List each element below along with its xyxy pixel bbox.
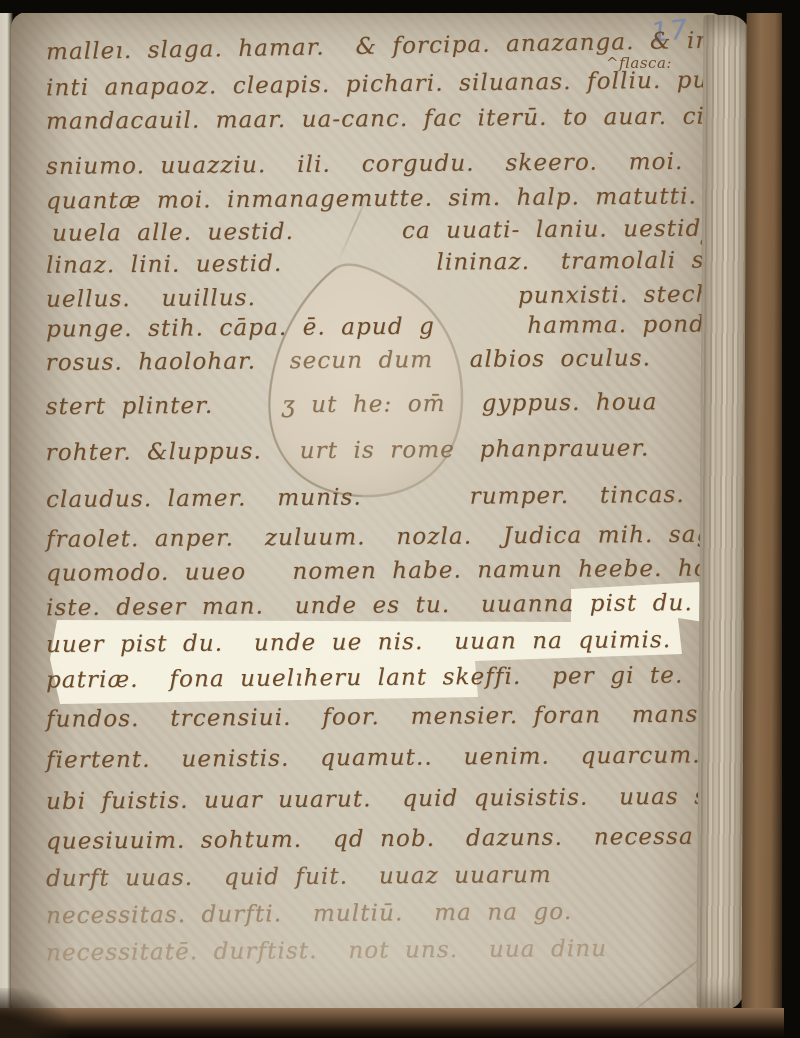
background-bottom-left-corner — [0, 988, 70, 1038]
manuscript-line-15: quomodo. uueo nomen habe. namun heebe. h… — [46, 555, 747, 587]
background-right — [782, 0, 800, 1038]
manuscript-line-24: necessitas. durfti. multiū. ma na go. — [46, 899, 572, 929]
line-11-left: stert plinter. — [46, 393, 214, 420]
manuscript-line-5: quantæ moi. inmanagemutte. sim. halp. ma… — [46, 183, 697, 214]
manuscript-line-19: fundos. trcensiui. foor. mensier. foran … — [46, 701, 747, 733]
line-12-left: rohter. &luppus. — [46, 438, 262, 466]
line-10-through-hole: secun dum — [290, 347, 434, 374]
manuscript-line-8: uellus. uuillus. punxisti. stechhi. — [46, 281, 745, 312]
background-top — [0, 0, 800, 13]
book-bottom-cover — [0, 1008, 784, 1038]
manuscript-line-25: necessitatē. durftist. not uns. uua dinu — [46, 936, 607, 966]
line-12-right: phanprauuer. — [480, 435, 650, 462]
line-11-right: gyppus. houa — [482, 389, 658, 416]
book-fore-edge — [741, 8, 787, 1024]
manuscript-line-7: linaz. lini. uestid. lininaz. tramolali … — [46, 247, 735, 278]
line-12-through-hole: urt is rome — [300, 437, 455, 464]
manuscript-line-18: patriæ. fona uuelıheru lant skeffi. per … — [46, 662, 684, 693]
line-11-through-hole: ʒ ut he: om̄ — [282, 391, 446, 418]
manuscript-line-9: punge. stih. cāpa. ē. apud g hamma. pond… — [46, 311, 720, 342]
line-10-right: albios oculus. — [470, 345, 652, 372]
line-10-left: rosus. haolohar. — [46, 348, 257, 376]
manuscript-line-23: durft uuas. quid fuit. uuaz uuarum — [46, 862, 552, 892]
manuscript-line-20: fiertent. uenistis. quamut.. uenim. quar… — [46, 742, 701, 773]
